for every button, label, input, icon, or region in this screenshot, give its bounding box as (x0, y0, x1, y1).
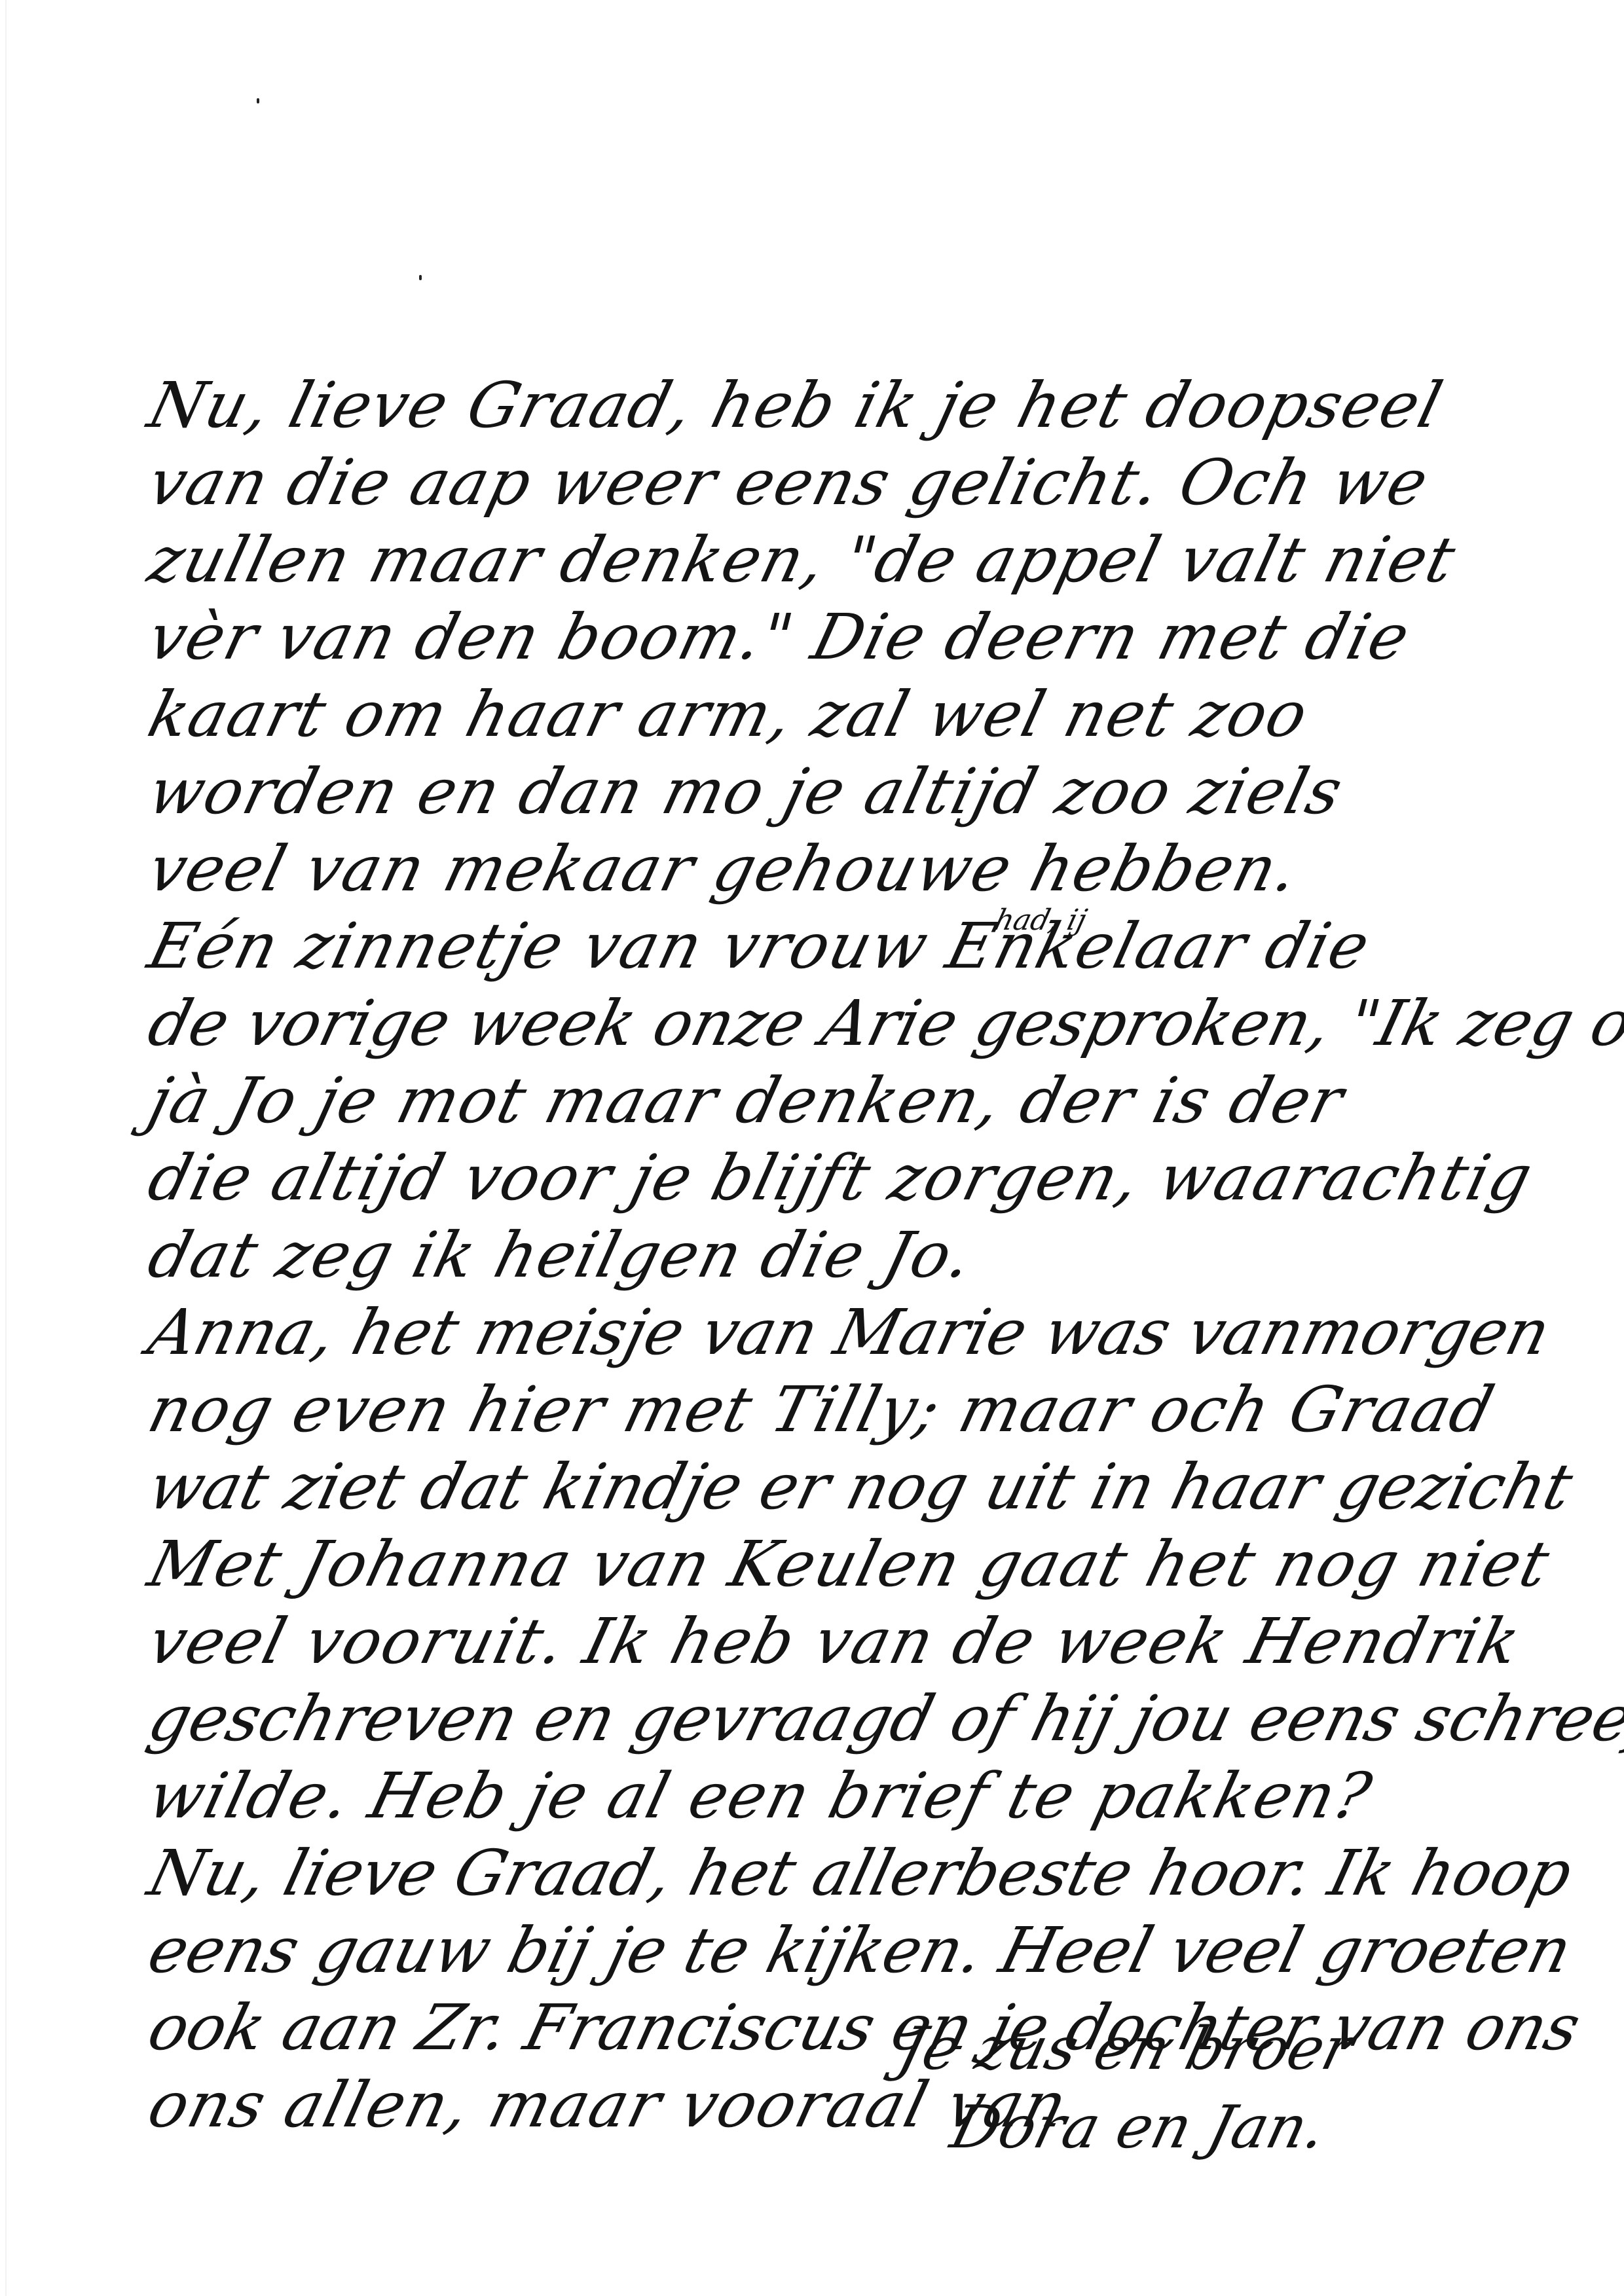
letter-line: worden en dan mo je altijd zoo ziels (141, 753, 1620, 830)
letter-line: van die aap weer eens gelicht. Och we (141, 444, 1620, 521)
letter-closing: Je zus en broer Dora en Jan. (871, 2010, 1361, 2167)
letter-line: Nu, lieve Graad, het allerbeste hoor. Ik… (141, 1834, 1620, 1912)
scan-edge (5, 0, 7, 2296)
letter-line: nog even hier met Tilly; maar och Graad (141, 1371, 1620, 1448)
letter-line: Nu, lieve Graad, heb ik je het doopseel (141, 367, 1620, 444)
ink-speck (257, 98, 259, 103)
letter-line: wilde. Heb je al een brief te pakken? (141, 1757, 1620, 1834)
letter-line: jà Jo je mot maar denken, der is der (141, 1062, 1620, 1139)
letter-line: die altijd voor je blijft zorgen, waarac… (141, 1139, 1620, 1216)
letter-line: wat ziet dat kindje er nog uit in haar g… (141, 1448, 1620, 1525)
letter-line: vèr van den boom." Die deern met die (141, 598, 1620, 676)
ink-speck (419, 275, 422, 280)
signature: Dora en Jan. (871, 2088, 1342, 2167)
closing-salutation: Je zus en broer (892, 2014, 1360, 2083)
letter-line: kaart om haar arm, zal wel net zoo (141, 676, 1620, 753)
letter-line: dat zeg ik heilgen die Jo. (141, 1216, 1620, 1294)
letter-line: ook aan Zr. Franciscus en je dochter van… (141, 1989, 1620, 2066)
letter-line: de vorige week onze Arie gesproken, "Ik … (141, 985, 1620, 1062)
letter-line: geschreven en gevraagd of hij jou eens s… (141, 1680, 1620, 1757)
letter-page: had, ij Nu, lieve Graad, heb ik je het d… (0, 0, 1624, 2296)
letter-line: Eén zinnetje van vrouw Enkelaar die (141, 907, 1620, 985)
letter-line: veel vooruit. Ik heb van de week Hendrik (141, 1603, 1620, 1680)
letter-line: Met Johanna van Keulen gaat het nog niet (141, 1525, 1620, 1603)
letter-line: zullen maar denken, "de appel valt niet (141, 521, 1620, 598)
letter-line: Anna, het meisje van Marie was vanmorgen (141, 1294, 1620, 1371)
letter-line: eens gauw bij je te kijken. Heel veel gr… (141, 1912, 1620, 1989)
letter-line: veel van mekaar gehouwe hebben. (141, 830, 1620, 907)
letter-body: Nu, lieve Graad, heb ik je het doopseel … (141, 367, 1601, 2143)
